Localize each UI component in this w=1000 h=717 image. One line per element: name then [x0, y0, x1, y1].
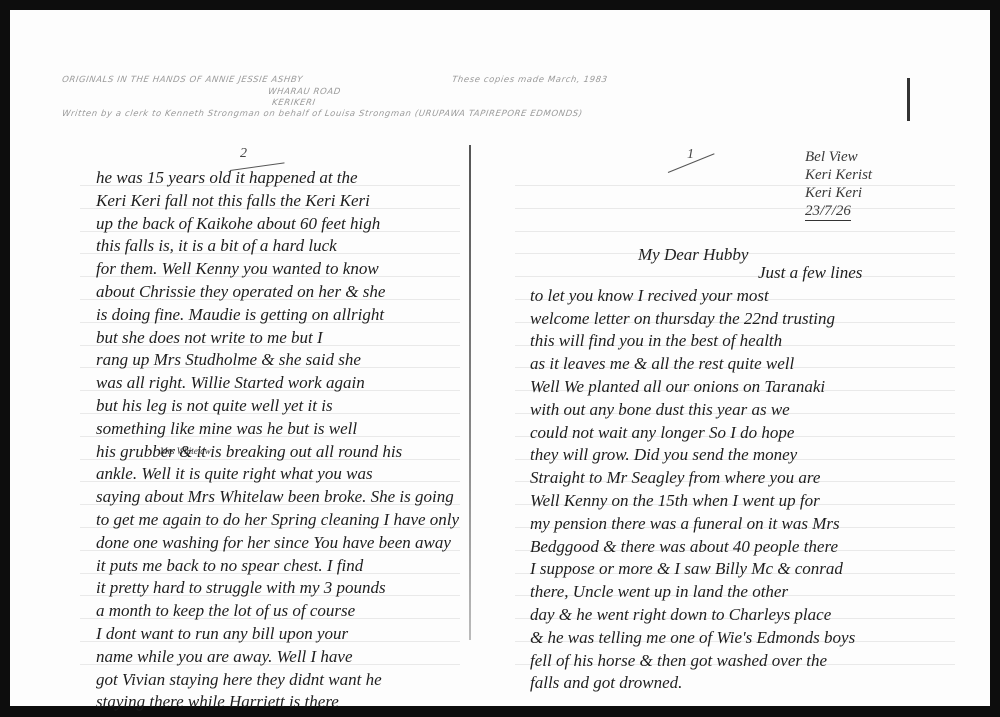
- sender-address: Bel View Keri Kerist Keri Keri 23/7/26: [805, 148, 872, 221]
- letter-line: Straight to Mr Seagley from where you ar…: [530, 467, 862, 490]
- letter-line: he was 15 years old it happened at the: [96, 167, 459, 190]
- letter-line: something like mine was he but is well: [96, 418, 459, 441]
- letter-line: I dont want to run any bill upon your: [96, 623, 459, 646]
- letter-line: ankle. Well it is quite right what you w…: [96, 463, 459, 486]
- letter-line: name while you are away. Well I have: [96, 646, 459, 669]
- letter-date: 23/7/26: [805, 202, 851, 221]
- page-fold-divider: [469, 145, 471, 640]
- letter-line: Well Kenny on the 15th when I went up fo…: [530, 490, 862, 513]
- letter-line: it pretty hard to struggle with my 3 pou…: [96, 577, 459, 600]
- address-line: Bel View: [805, 148, 872, 166]
- letter-line: a month to keep the lot of us of course: [96, 600, 459, 623]
- scan-margin-mark: [907, 78, 910, 121]
- letter-line: fell of his horse & then got washed over…: [530, 650, 862, 673]
- letter-line: & he was telling me one of Wie's Edmonds…: [530, 627, 862, 650]
- letter-line: as it leaves me & all the rest quite wel…: [530, 353, 862, 376]
- letter-line: I suppose or more & I saw Billy Mc & con…: [530, 558, 862, 581]
- letter-line: up the back of Kaikohe about 60 feet hig…: [96, 213, 459, 236]
- letter-line: my pension there was a funeral on it was…: [530, 513, 862, 536]
- letter-line: to get me again to do her Spring cleanin…: [96, 509, 459, 532]
- address-line: Keri Kerist: [805, 166, 872, 184]
- archive-note-address-road: WHARAU ROAD: [267, 87, 341, 97]
- letter-line: Bedggood & there was about 40 people the…: [530, 536, 862, 559]
- letter-line: is doing fine. Maudie is getting on allr…: [96, 304, 459, 327]
- letter-line: for them. Well Kenny you wanted to know: [96, 258, 459, 281]
- letter-line: Keri Keri fall not this falls the Keri K…: [96, 190, 459, 213]
- archive-note-writer: Written by a clerk to Kenneth Strongman …: [61, 109, 583, 119]
- left-page-number: 2: [240, 146, 247, 162]
- left-page-text: he was 15 years old it happened at the K…: [96, 167, 459, 714]
- letter-line: day & he went right down to Charleys pla…: [530, 604, 862, 627]
- letter-line: saying about Mrs Whitelaw been broke. Sh…: [96, 486, 459, 509]
- letter-line: staying there while Harriett is there: [96, 691, 459, 714]
- letter-line: this falls is, it is a bit of a hard luc…: [96, 235, 459, 258]
- scanned-letter-sheet: ORIGINALS IN THE HANDS OF ANNIE JESSIE A…: [10, 10, 990, 706]
- ruled-line: [515, 185, 955, 186]
- letter-line: falls and got drowned.: [530, 672, 862, 695]
- ruled-line: [515, 231, 955, 232]
- letter-line: they will grow. Did you send the money: [530, 444, 862, 467]
- ruled-line: [515, 208, 955, 209]
- letter-line: to let you know I recived your most: [530, 285, 862, 308]
- letter-line: rang up Mrs Studholme & she said she: [96, 349, 459, 372]
- letter-line: was all right. Willie Started work again: [96, 372, 459, 395]
- letter-line: got Vivian staying here they didnt want …: [96, 669, 459, 692]
- letter-line: done one washing for her since You have …: [96, 532, 459, 555]
- archive-note-address-town: KERIKERI: [271, 98, 316, 108]
- archive-note-owner: ORIGINALS IN THE HANDS OF ANNIE JESSIE A…: [61, 75, 303, 85]
- right-page-text: Just a few lines to let you know I reciv…: [530, 262, 862, 695]
- letter-line: it puts me back to no spear chest. I fin…: [96, 555, 459, 578]
- letter-line: but she does not write to me but I: [96, 327, 459, 350]
- interlinear-insert: Mrs Whitelaw: [160, 446, 211, 456]
- letter-line: could not wait any longer So I do hope: [530, 422, 862, 445]
- letter-line: Well We planted all our onions on Tarana…: [530, 376, 862, 399]
- letter-line: this will find you in the best of health: [530, 330, 862, 353]
- letter-line: his grubber & it is breaking out all rou…: [96, 441, 459, 464]
- letter-line: with out any bone dust this year as we: [530, 399, 862, 422]
- letter-line: about Chrissie they operated on her & sh…: [96, 281, 459, 304]
- letter-line: but his leg is not quite well yet it is: [96, 395, 459, 418]
- letter-line: Just a few lines: [530, 262, 862, 285]
- archive-note-copy-date: These copies made March, 1983: [451, 75, 608, 85]
- letter-line: there, Uncle went up in land the other: [530, 581, 862, 604]
- letter-line: welcome letter on thursday the 22nd trus…: [530, 308, 862, 331]
- address-line: Keri Keri: [805, 184, 872, 202]
